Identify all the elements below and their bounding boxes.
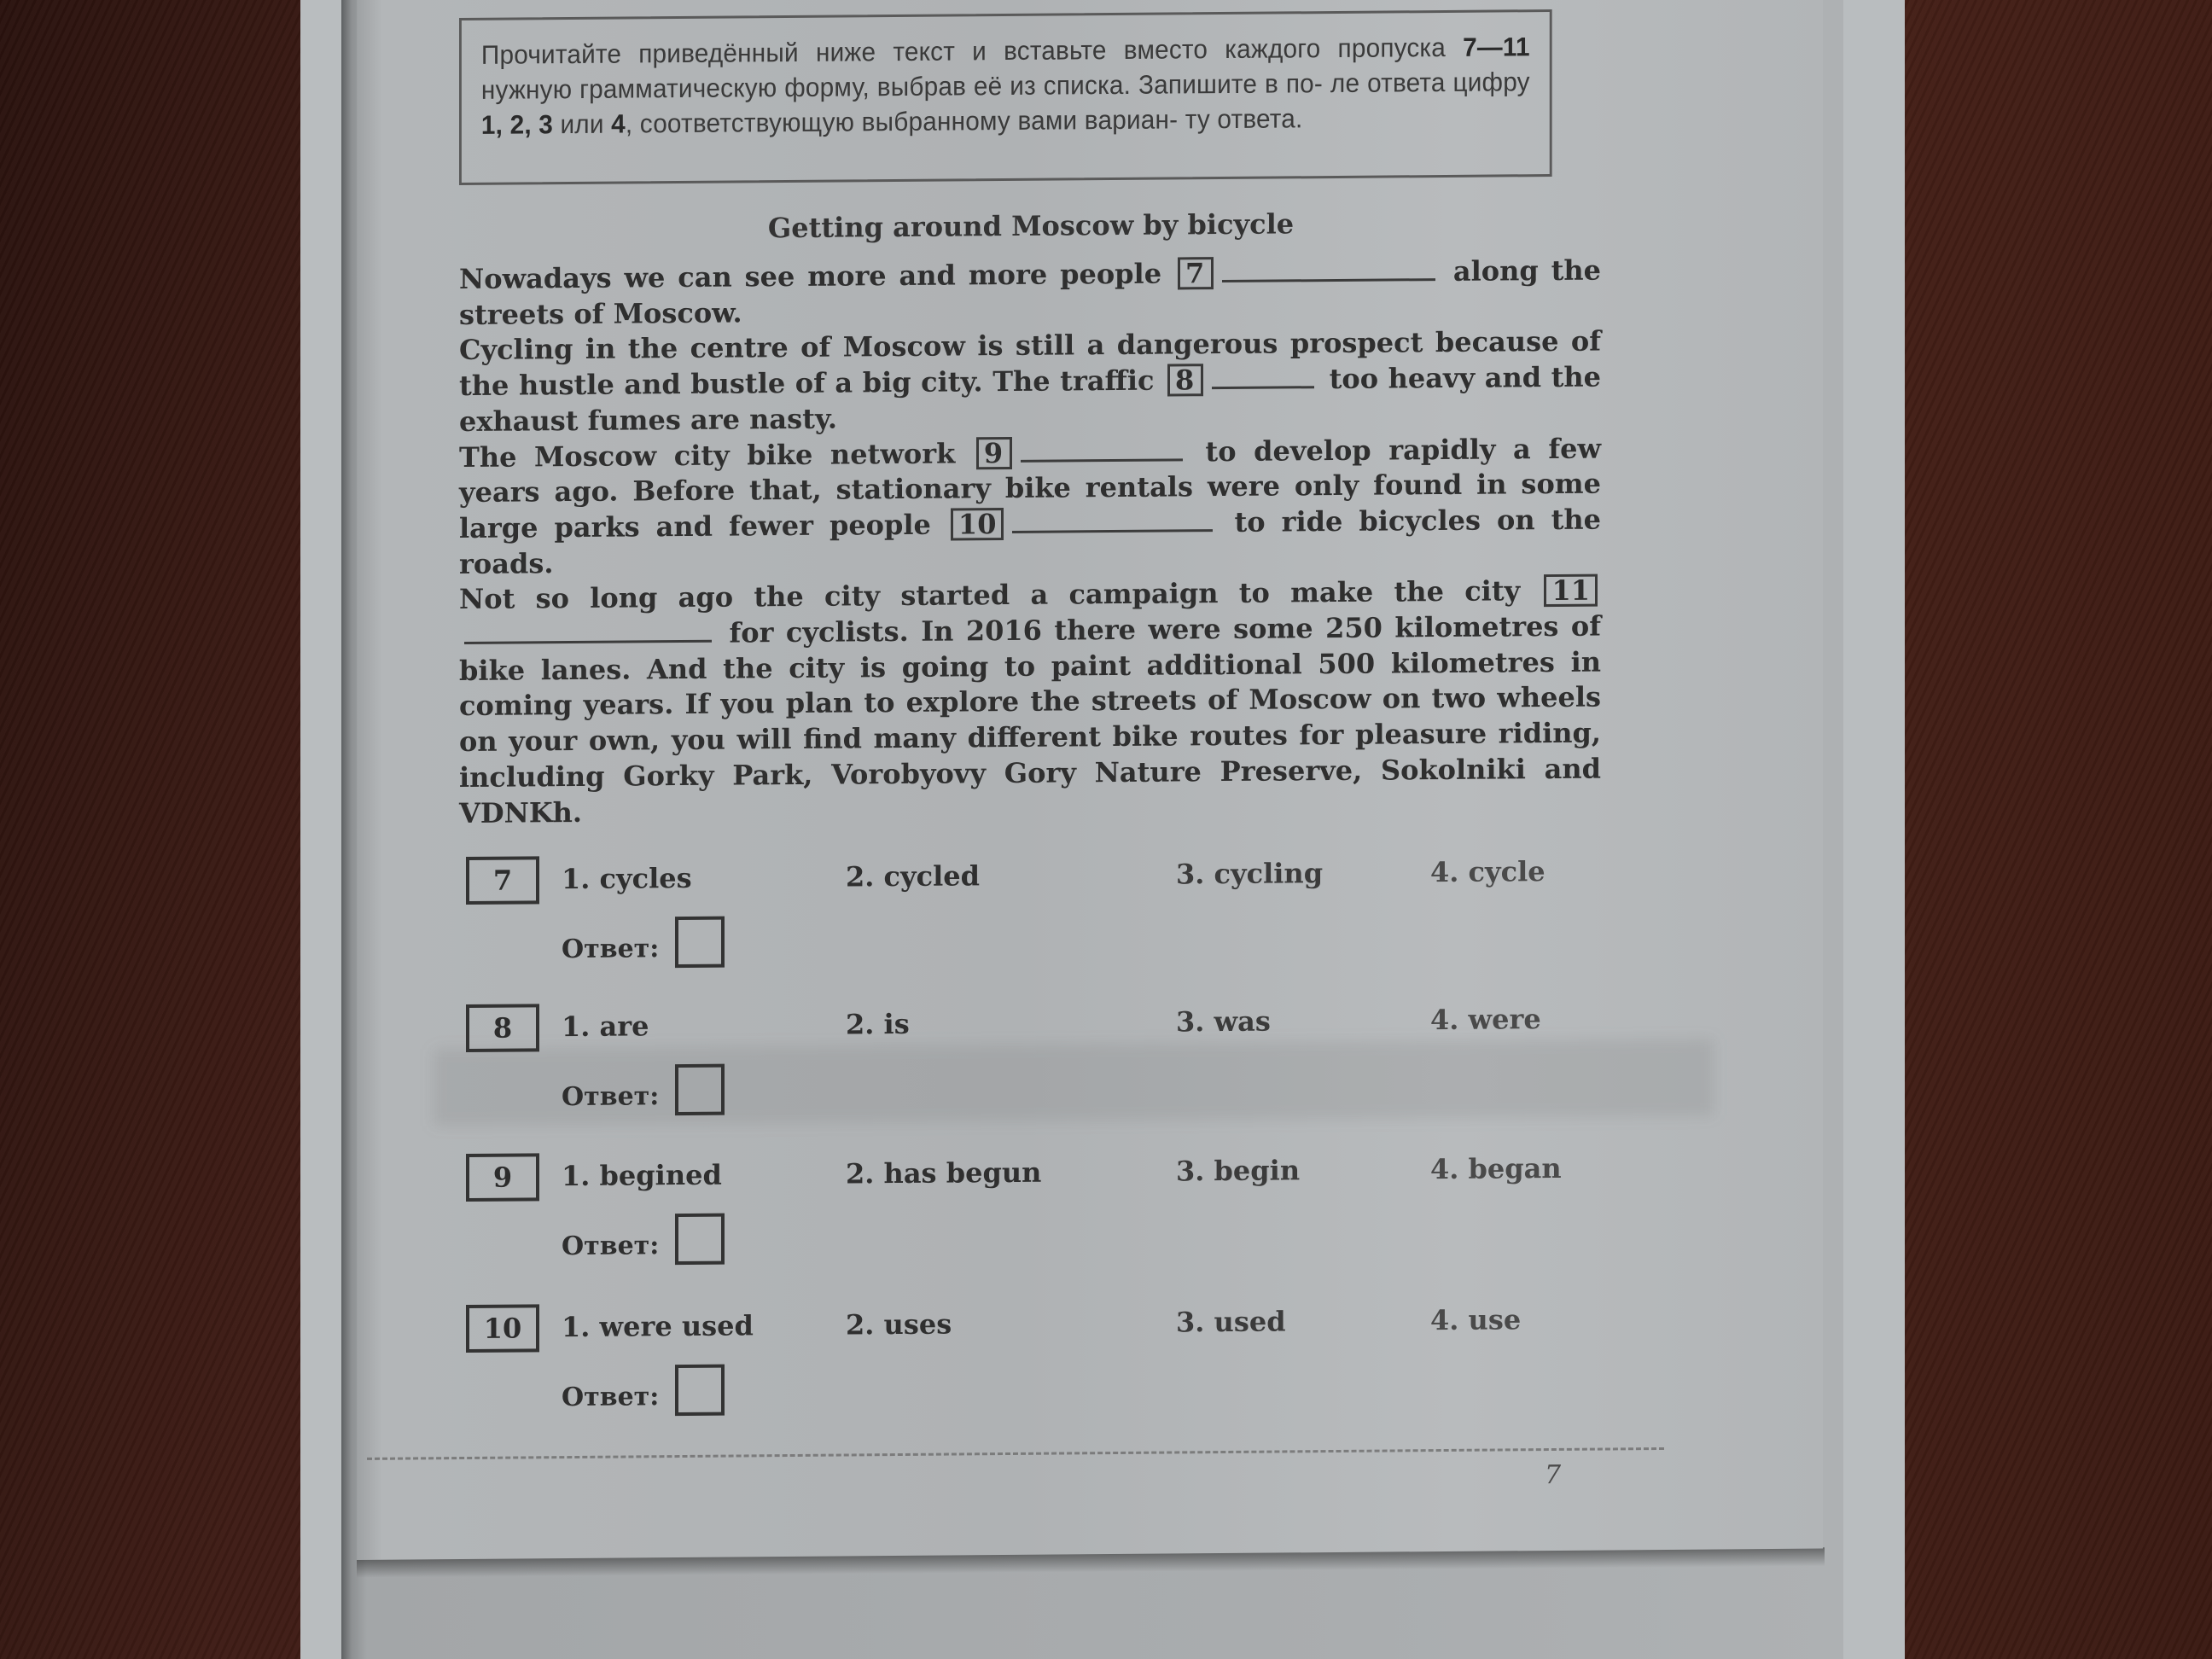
footer-divider <box>367 1447 1664 1460</box>
gap-blank-8[interactable] <box>1212 364 1314 389</box>
paragraph-3: The Moscow city bike network 9 to develo… <box>459 431 1601 582</box>
gap-number-8: 8 <box>1167 364 1203 396</box>
answer-box[interactable] <box>675 1365 725 1416</box>
option-3[interactable]: 3. used <box>1176 1305 1286 1338</box>
text: Not so long ago the city started a campa… <box>459 575 1520 616</box>
article-body: Nowadays we can see more and more people… <box>459 253 1601 832</box>
instruction-text: Прочитайте приведённый ниже текст и вста… <box>481 32 1446 70</box>
gap-blank-7[interactable] <box>1222 256 1435 282</box>
text: The Moscow city bike network <box>459 437 955 474</box>
option-1[interactable]: 1. cycles <box>562 862 692 895</box>
option-1[interactable]: 1. are <box>562 1010 649 1043</box>
gap-blank-10[interactable] <box>1012 507 1213 533</box>
page-number: 7 <box>1545 1460 1561 1490</box>
task-range: 7—11 <box>1463 32 1530 62</box>
task-instructions: Прочитайте приведённый ниже текст и вста… <box>459 9 1552 185</box>
option-4[interactable]: 4. were <box>1430 1003 1541 1036</box>
option-1[interactable]: 1. were used <box>562 1309 754 1343</box>
paragraph-2: Cycling in the centre of Moscow is still… <box>459 324 1601 440</box>
question-9: 9 1. begined 2. has begun 3. begin 4. be… <box>466 1144 1610 1299</box>
instruction-digits: 1, 2, 3 <box>481 109 553 140</box>
answer-label: Ответ: <box>562 1231 659 1261</box>
paragraph-1: Nowadays we can see more and more people… <box>459 253 1601 334</box>
option-4[interactable]: 4. began <box>1430 1152 1562 1185</box>
question-number: 10 <box>466 1304 539 1353</box>
gap-blank-11[interactable] <box>464 618 712 644</box>
answer-label: Ответ: <box>562 1382 659 1412</box>
question-7: 7 1. cycles 2. cycled 3. cycling 4. cycl… <box>466 847 1610 1002</box>
option-1[interactable]: 1. begined <box>562 1159 722 1192</box>
workbook-page: Прочитайте приведённый ниже текст и вста… <box>357 0 1823 1560</box>
gap-number-7: 7 <box>1178 257 1214 289</box>
option-2[interactable]: 2. has begun <box>846 1156 1041 1190</box>
option-4[interactable]: 4. cycle <box>1430 855 1545 888</box>
question-number: 8 <box>466 1004 539 1052</box>
answer-box[interactable] <box>675 917 725 968</box>
option-2[interactable]: 2. is <box>846 1008 910 1041</box>
option-3[interactable]: 3. begin <box>1176 1154 1300 1187</box>
gap-number-11: 11 <box>1544 574 1598 607</box>
answer-box[interactable] <box>675 1214 725 1265</box>
answer-label: Ответ: <box>562 934 659 964</box>
paragraph-4: Not so long ago the city started a campa… <box>459 573 1601 831</box>
instruction-digit: 4 <box>611 109 626 139</box>
question-number: 7 <box>466 856 539 905</box>
option-3[interactable]: 3. cycling <box>1176 857 1323 890</box>
text: Nowadays we can see more and more people <box>459 258 1161 295</box>
option-3[interactable]: 3. was <box>1176 1005 1271 1039</box>
answer-box[interactable] <box>675 1064 725 1115</box>
instruction-text: , соответствующую выбранному вами вариан… <box>626 104 1178 138</box>
instruction-text: ту ответа. <box>1185 103 1303 134</box>
article-title: Getting around Moscow by bicycle <box>459 206 1603 247</box>
instruction-text: или <box>553 109 611 140</box>
instruction-text: нужную грамматическую форму, выбрав её и… <box>481 68 1323 105</box>
gap-number-10: 10 <box>951 508 1004 540</box>
instruction-text: ле ответа цифру <box>1330 67 1530 98</box>
option-4[interactable]: 4. use <box>1430 1303 1521 1336</box>
question-number: 9 <box>466 1153 539 1202</box>
gap-number-9: 9 <box>976 436 1012 469</box>
answer-label: Ответ: <box>562 1081 659 1112</box>
option-2[interactable]: 2. cycled <box>846 859 980 893</box>
question-8: 8 1. are 2. is 3. was 4. were Ответ: <box>466 995 1610 1150</box>
option-2[interactable]: 2. uses <box>846 1308 952 1342</box>
question-10: 10 1. were used 2. uses 3. used 4. use О… <box>466 1295 1610 1450</box>
gap-blank-9[interactable] <box>1021 436 1183 462</box>
